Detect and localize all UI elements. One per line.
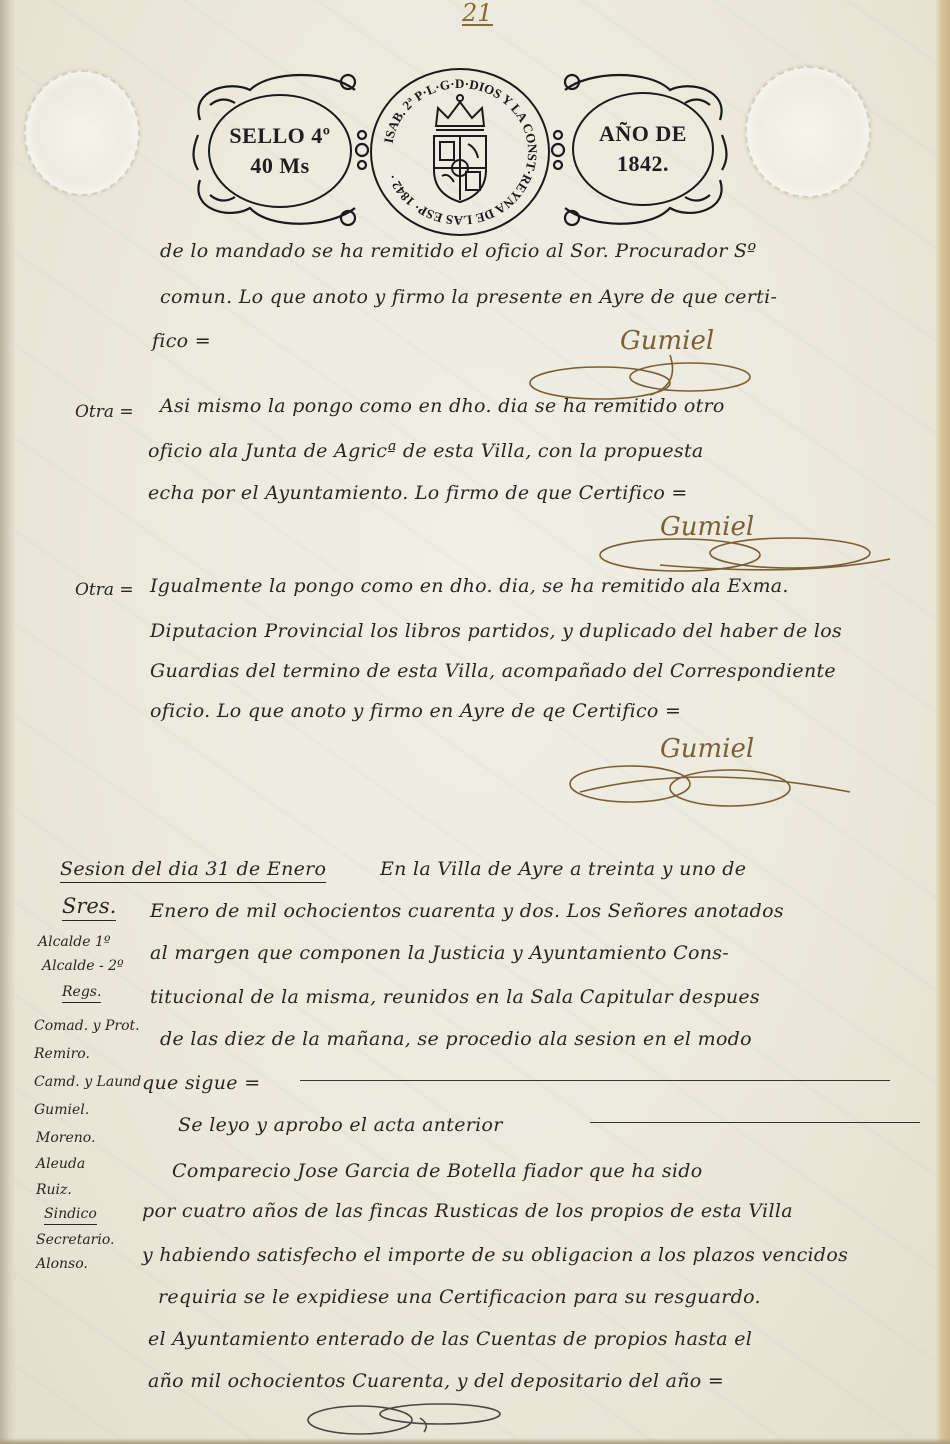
fill-rule bbox=[590, 1122, 920, 1123]
member-name: Remiro. bbox=[34, 1046, 90, 1062]
entry-3-line-1: Igualmente la pongo como en dho. dia, se… bbox=[150, 575, 789, 597]
entry-3-line-3: Guardias del termino de esta Villa, acom… bbox=[150, 660, 836, 682]
member-name: Alcalde 1º bbox=[38, 934, 110, 950]
session-body-line-4: y habiendo satisfecho el importe de su o… bbox=[142, 1244, 848, 1266]
member-name: Ruiz. bbox=[36, 1182, 72, 1198]
member-name: Aleuda bbox=[36, 1156, 85, 1172]
margin-label-otra-1: Otra = bbox=[75, 402, 134, 422]
stamp-year-label: AÑO DE bbox=[599, 119, 687, 149]
binding-shadow bbox=[0, 0, 16, 1444]
stamp-price: 40 Ms bbox=[250, 151, 309, 181]
member-name: Alcalde - 2º bbox=[42, 958, 124, 974]
entry-1-line-1: de lo mandado se ha remitido el oficio a… bbox=[160, 240, 756, 262]
session-line-6: que sigue = bbox=[142, 1072, 260, 1094]
session-line-5: de las diez de la mañana, se procedio al… bbox=[160, 1028, 752, 1050]
document-page: 21 SELLO 4º 40 Ms bbox=[0, 0, 950, 1444]
entry-3-line-2: Diputacion Provincial los libros partido… bbox=[150, 620, 842, 642]
session-line-1: En la Villa de Ayre a treinta y uno de bbox=[380, 858, 746, 880]
left-embossed-seal-icon bbox=[24, 70, 140, 196]
session-body-line-3: por cuatro años de las fincas Rusticas d… bbox=[142, 1200, 793, 1222]
stamp-year: 1842. bbox=[617, 149, 669, 179]
member-name: Alonso. bbox=[36, 1256, 88, 1272]
entry-1-line-2: comun. Lo que anoto y firmo la presente … bbox=[160, 286, 777, 308]
member-name: Comad. y Prot. bbox=[34, 1018, 140, 1034]
session-line-3: al margen que componen la Justicia y Ayu… bbox=[150, 942, 729, 964]
member-name: Camd. y Laund bbox=[34, 1074, 141, 1090]
session-line-4: titucional de la misma, reunidos en la S… bbox=[150, 986, 760, 1008]
signature-flourish-icon bbox=[560, 756, 860, 816]
stamp-coat-of-arms: ISAB. 2ª P·L·G·D·DIOS Y LA CONST·REYNA D… bbox=[370, 68, 550, 236]
fiscal-stamp: SELLO 4º 40 Ms bbox=[190, 60, 730, 236]
member-name: Moreno. bbox=[36, 1130, 95, 1146]
session-body-line-5: requiria se le expidiese una Certificaci… bbox=[158, 1286, 761, 1308]
session-body-line-7: año mil ochocientos Cuarenta, y del depo… bbox=[148, 1370, 724, 1392]
folio-number: 21 bbox=[462, 2, 493, 26]
stamp-value-oval: SELLO 4º 40 Ms bbox=[208, 94, 352, 208]
entry-1-line-3: fico = bbox=[152, 330, 211, 352]
fill-rule bbox=[300, 1080, 890, 1081]
margin-heading-senores: Sres. bbox=[62, 894, 116, 921]
entry-2-line-2: oficio ala Junta de Agricª de esta Villa… bbox=[148, 440, 704, 462]
session-body-line-2: Comparecio Jose Garcia de Botella fiador… bbox=[172, 1160, 703, 1182]
session-body-line-6: el Ayuntamiento enterado de las Cuentas … bbox=[148, 1328, 752, 1350]
stamp-series: SELLO 4º bbox=[229, 121, 330, 151]
margin-label-otra-2: Otra = bbox=[75, 580, 134, 600]
session-body-line-1: Se leyo y aprobo el acta anterior bbox=[178, 1114, 503, 1136]
entry-3-line-4: oficio. Lo que anoto y firmo en Ayre de … bbox=[150, 700, 681, 722]
session-line-2: Enero de mil ochocientos cuarenta y dos.… bbox=[150, 900, 784, 922]
entry-2-line-3: echa por el Ayuntamiento. Lo firmo de qu… bbox=[148, 482, 688, 504]
right-embossed-seal-icon bbox=[745, 66, 871, 198]
page-edge bbox=[936, 0, 950, 1444]
coat-of-arms-icon: ISAB. 2ª P·L·G·D·DIOS Y LA CONST·REYNA D… bbox=[372, 70, 548, 234]
entry-2-line-1: Asi mismo la pongo como en dho. dia se h… bbox=[160, 395, 725, 417]
stamp-year-oval: AÑO DE 1842. bbox=[572, 92, 714, 206]
member-name: Regs. bbox=[62, 984, 101, 1003]
closing-flourish-icon bbox=[300, 1396, 520, 1440]
member-name: Gumiel. bbox=[34, 1102, 89, 1118]
member-name: Sindico bbox=[44, 1206, 97, 1225]
member-name: Secretario. bbox=[36, 1232, 114, 1248]
session-heading: Sesion del dia 31 de Enero bbox=[60, 858, 326, 883]
